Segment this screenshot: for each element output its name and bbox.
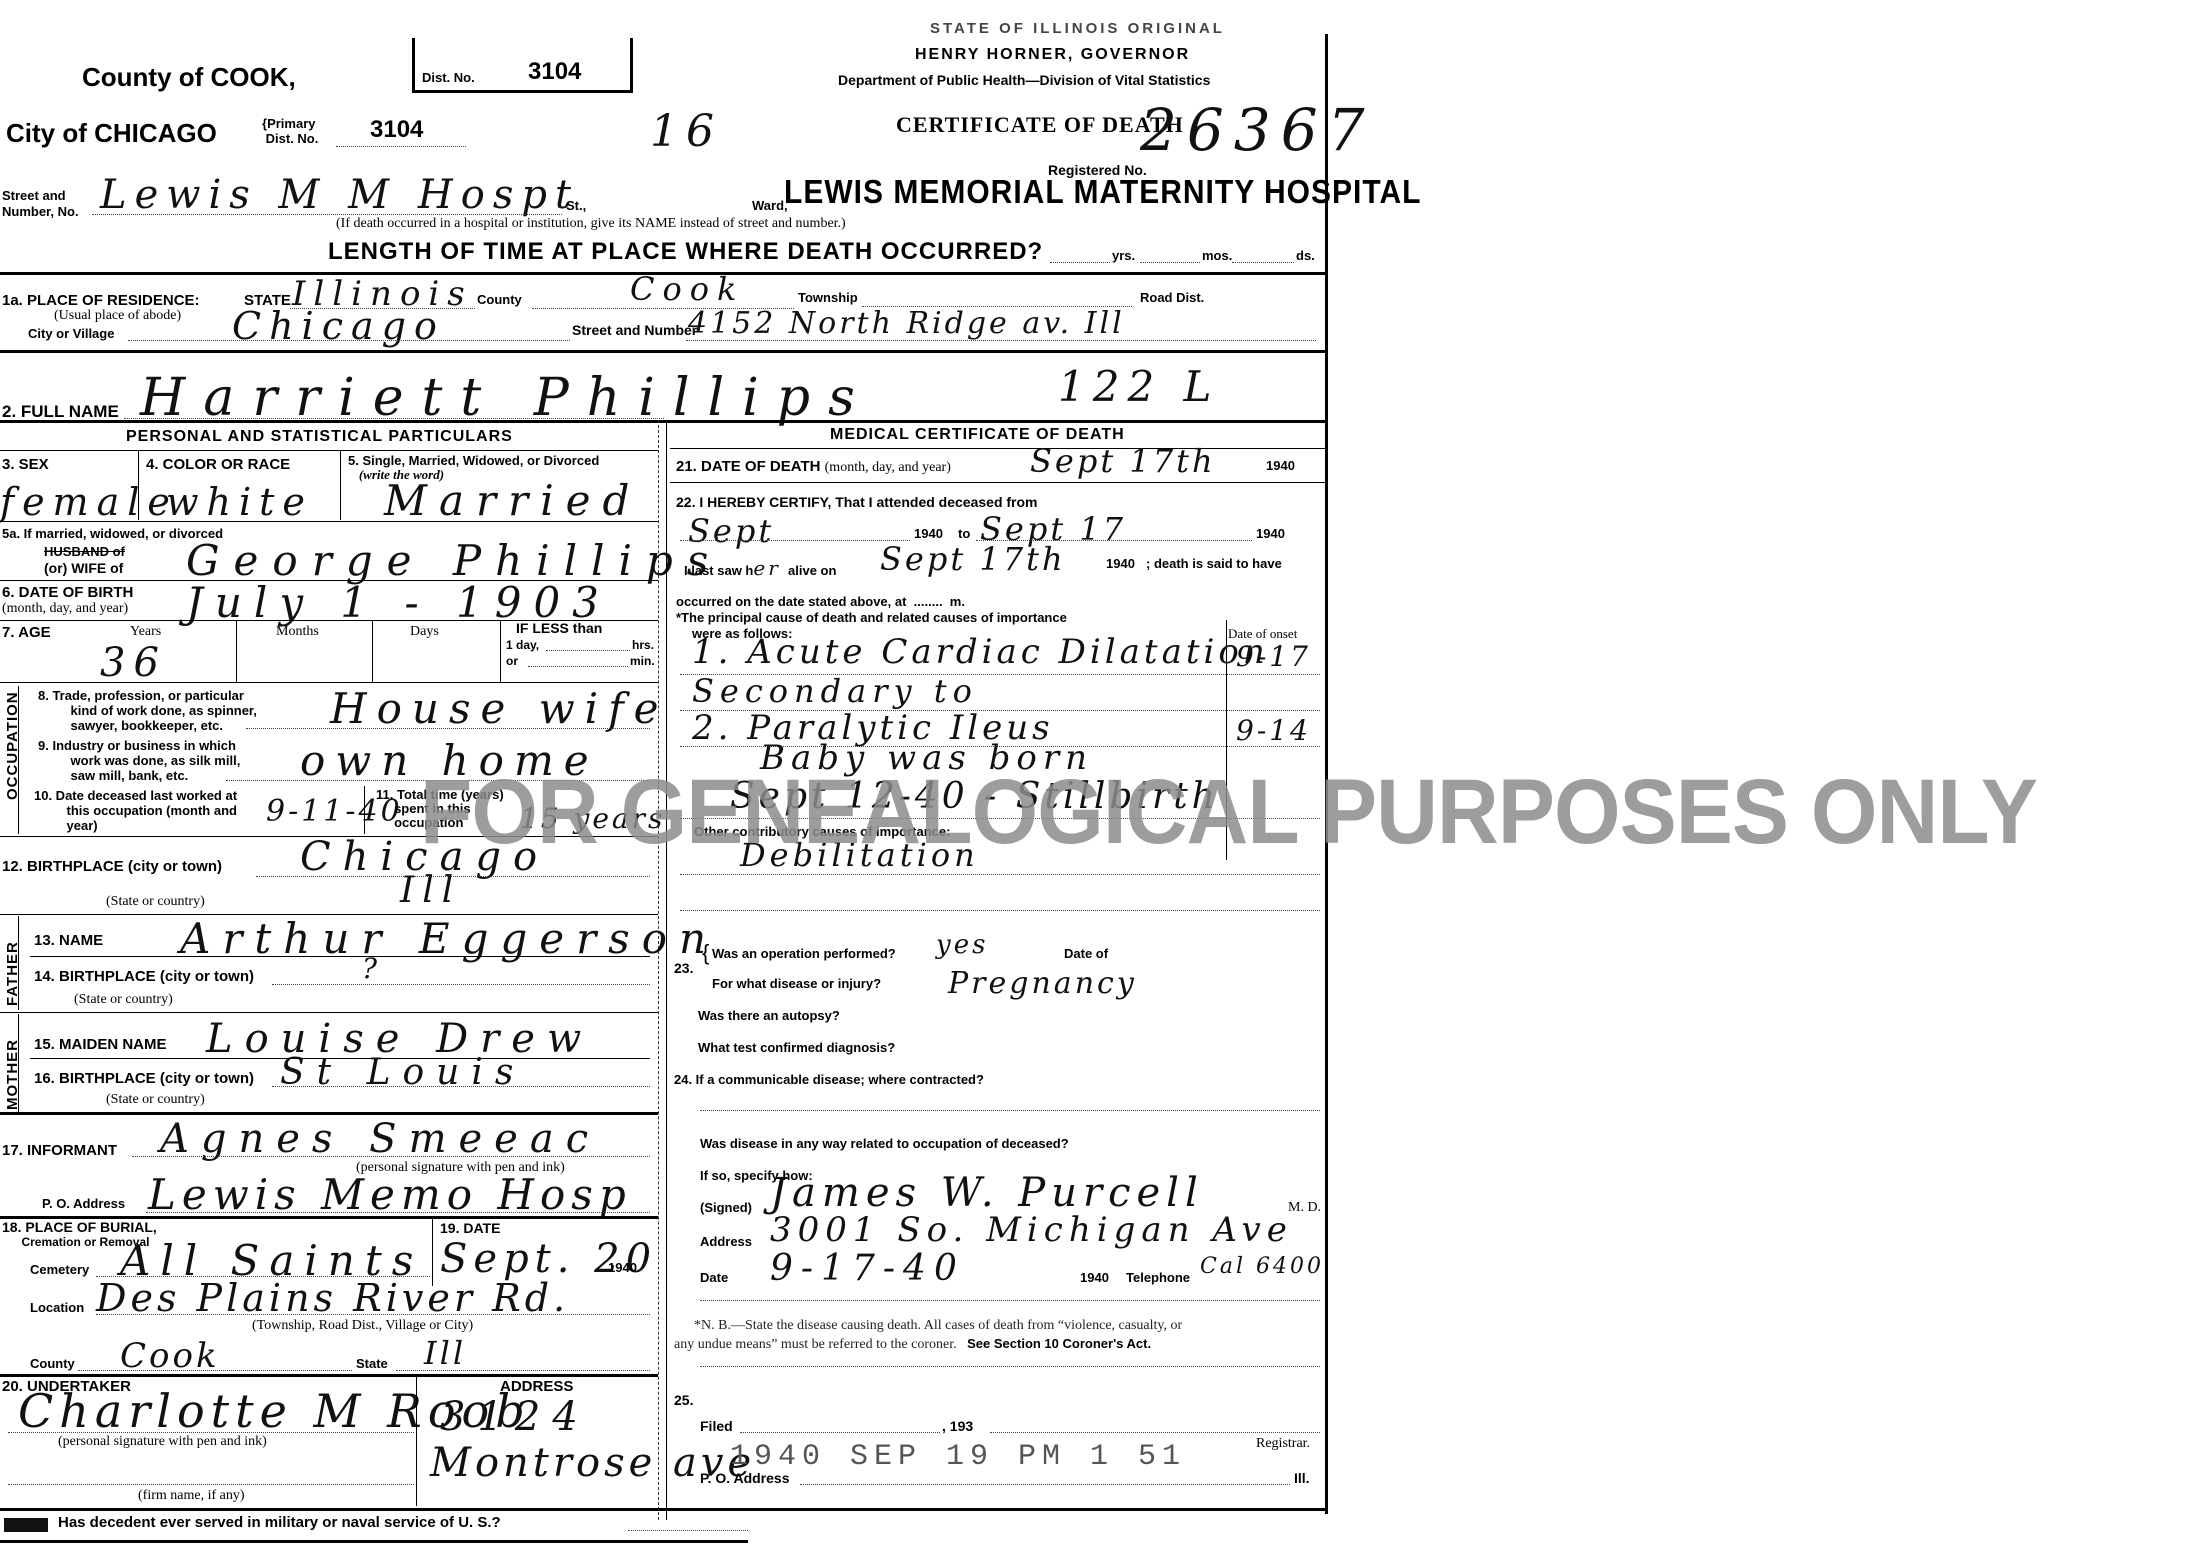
residence-county-value: Cook bbox=[630, 270, 744, 308]
hospital-instruction: (If death occurred in a hospital or inst… bbox=[336, 216, 846, 232]
date-of-death-year: 1940 bbox=[1266, 458, 1295, 473]
physician-address-value: 3001 So. Michigan Ave bbox=[770, 1210, 1293, 1250]
genealogical-watermark: FOR GENEALOGICAL PURPOSES ONLY bbox=[420, 760, 2037, 865]
informant-underline bbox=[132, 1156, 650, 1157]
months-days-divider bbox=[372, 620, 373, 682]
residence-road-dist-label: Road Dist. bbox=[1140, 290, 1204, 305]
days-lessthan-divider bbox=[500, 620, 501, 682]
physician-address-label: Address bbox=[700, 1234, 752, 1249]
hrs-label: hrs. bbox=[632, 638, 654, 652]
last-saw-label: I last saw her alive on bbox=[684, 556, 836, 580]
birthplace-state-label: (State or country) bbox=[106, 894, 205, 910]
center-divider-right bbox=[666, 420, 667, 1520]
undertaker-address-label: ADDRESS bbox=[500, 1378, 573, 1395]
divider-spouse-top bbox=[0, 521, 658, 522]
divider-mother-top bbox=[0, 1012, 658, 1013]
informant-address-underline bbox=[146, 1212, 650, 1213]
attended-from-underline bbox=[680, 540, 910, 541]
state-line: STATE OF ILLINOIS ORIGINAL bbox=[930, 20, 1225, 37]
dist-no-label: Dist. No. bbox=[422, 70, 475, 85]
full-name-underline bbox=[124, 418, 664, 419]
industry-label: 9. Industry or business in which work wa… bbox=[38, 738, 240, 783]
telephone-value: Cal 6400 bbox=[1200, 1254, 1324, 1279]
divider-name-top bbox=[0, 350, 1325, 353]
occupation-side-rule bbox=[18, 686, 19, 834]
primary-dist-label: {Primary Dist. No. bbox=[262, 116, 318, 146]
mother-birthplace-label: 16. BIRTHPLACE (city or town) bbox=[34, 1070, 254, 1087]
location-underline bbox=[96, 1314, 650, 1315]
days-label: Days bbox=[410, 624, 439, 640]
residence-county-label: County bbox=[477, 292, 522, 307]
undertaker-address-line-1: 3124 bbox=[440, 1394, 590, 1440]
father-side-rule bbox=[18, 916, 19, 1010]
city-label: City of CHICAGO bbox=[6, 118, 217, 149]
mother-side-rule bbox=[18, 1014, 19, 1112]
divider-military-top bbox=[0, 1508, 1325, 1511]
hrs-underline bbox=[546, 650, 630, 651]
marital-value: Married bbox=[384, 476, 641, 525]
nb-text-2: any undue means” must be referred to the… bbox=[674, 1336, 1151, 1353]
street-label: Street andNumber, No. bbox=[2, 188, 79, 220]
hospital-stamp: LEWIS MEMORIAL MATERNITY HOSPITAL bbox=[784, 174, 1421, 211]
pointing-hand-icon bbox=[4, 1518, 48, 1532]
filed-underline bbox=[740, 1432, 940, 1433]
trade-label: 8. Trade, profession, or particular kind… bbox=[38, 688, 257, 733]
years-months-divider bbox=[236, 620, 237, 682]
burial-county-label: County bbox=[30, 1356, 75, 1371]
father-state-label: (State or country) bbox=[74, 992, 173, 1008]
informant-address-label: P. O. Address bbox=[42, 1196, 125, 1211]
full-name-label: 2. FULL NAME bbox=[2, 402, 119, 422]
po-address-underline bbox=[800, 1484, 1290, 1485]
ill-label: Ill. bbox=[1294, 1470, 1310, 1486]
disease-label: For what disease or injury? bbox=[712, 976, 881, 991]
day-label: 1 day, bbox=[506, 638, 539, 652]
mother-state-label: (State or country) bbox=[106, 1092, 205, 1108]
telephone-label: Telephone bbox=[1126, 1270, 1190, 1285]
street-value: Lewis M M Hospt bbox=[100, 172, 579, 218]
residence-street-value: 4152 North Ridge av. Ill bbox=[688, 306, 1125, 341]
filed-label: Filed bbox=[700, 1418, 733, 1434]
race-label: 4. COLOR OR RACE bbox=[146, 456, 290, 473]
residence-city-value: Chicago bbox=[232, 304, 445, 348]
burial-state-label: State bbox=[356, 1356, 388, 1371]
mos-label: mos. bbox=[1202, 248, 1232, 263]
governor-line: HENRY HORNER, GOVERNOR bbox=[915, 46, 1190, 64]
principal-cause-label-1: *The principal cause of death and relate… bbox=[676, 610, 1067, 625]
attended-to-year: 1940 bbox=[1256, 526, 1285, 541]
race-marital-divider bbox=[340, 450, 341, 520]
autopsy-label: Was there an autopsy? bbox=[698, 1008, 840, 1023]
ward-label: Ward, bbox=[752, 198, 788, 213]
spouse-label-3: (or) WIFE of bbox=[44, 560, 123, 576]
ds-underline bbox=[1232, 262, 1294, 263]
undertaker-address-divider bbox=[416, 1376, 417, 1506]
divider-occupation-top bbox=[0, 682, 658, 683]
occurred-label: occurred on the date stated above, at ..… bbox=[676, 594, 965, 609]
full-name-value: Harriett Phillips bbox=[140, 368, 873, 428]
yrs-underline bbox=[1050, 262, 1110, 263]
father-name-underline bbox=[30, 956, 650, 957]
ds-label: ds. bbox=[1296, 248, 1315, 263]
personal-title-underline bbox=[0, 450, 658, 451]
registrar-label: Registrar. bbox=[1256, 1436, 1310, 1452]
undertaker-underline bbox=[8, 1432, 414, 1433]
center-divider-left bbox=[658, 420, 659, 1520]
medical-title-underline bbox=[670, 448, 1325, 449]
trade-underline bbox=[246, 728, 650, 729]
location-label: Location bbox=[30, 1300, 84, 1315]
date-of-death-value: Sept 17th bbox=[1030, 442, 1216, 480]
death-certificate: County of COOK, Dist. No. 3104 City of C… bbox=[0, 0, 1345, 1520]
attended-from-value: Sept bbox=[688, 512, 774, 550]
dob-sublabel: (month, day, and year) bbox=[2, 601, 128, 617]
last-worked-divider bbox=[364, 786, 365, 834]
filed-year-label: , 193 bbox=[942, 1418, 973, 1434]
burial-county-underline bbox=[78, 1370, 352, 1371]
military-label: Has decedent ever served in military or … bbox=[58, 1514, 501, 1531]
length-of-time-label: LENGTH OF TIME AT PLACE WHERE DEATH OCCU… bbox=[328, 238, 1043, 266]
burial-state-underline bbox=[396, 1370, 650, 1371]
county-label: County of COOK, bbox=[82, 62, 296, 93]
burial-state-value: Ill bbox=[424, 1334, 466, 1372]
cemetery-label: Cemetery bbox=[30, 1262, 89, 1277]
mother-birthplace-underline bbox=[272, 1086, 650, 1087]
disease-value: Pregnancy bbox=[948, 966, 1137, 1001]
mos-underline bbox=[1140, 262, 1200, 263]
operation-date-label: Date of bbox=[1064, 946, 1108, 961]
physician-date-value: 9-17-40 bbox=[770, 1248, 965, 1289]
spouse-label-2: HUSBAND of bbox=[44, 544, 125, 559]
q23-number: 23. bbox=[674, 960, 693, 976]
md-label: M. D. bbox=[1288, 1200, 1321, 1216]
death-said-label: ; death is said to have bbox=[1146, 556, 1282, 571]
full-name-margin-note: 122 L bbox=[1058, 362, 1219, 411]
date-of-death-underline bbox=[670, 482, 1325, 483]
primary-dist-underline bbox=[336, 146, 466, 147]
registered-number: 26367 bbox=[1140, 96, 1375, 164]
birthplace-label: 12. BIRTHPLACE (city or town) bbox=[2, 858, 222, 875]
attended-from-year: 1940 bbox=[914, 526, 943, 541]
years-value: 36 bbox=[100, 640, 167, 686]
dob-label: 6. DATE OF BIRTH bbox=[2, 584, 133, 601]
personal-section-title: PERSONAL AND STATISTICAL PARTICULARS bbox=[126, 428, 513, 446]
sex-value: female bbox=[0, 480, 178, 524]
filed-stamp: 1940 SEP 19 PM 1 51 bbox=[730, 1440, 1186, 1474]
department-line: Department of Public Health—Division of … bbox=[838, 72, 1210, 88]
burial-date-label: 19. DATE bbox=[440, 1220, 500, 1236]
dist-no-value: 3104 bbox=[528, 58, 581, 86]
signed-label: (Signed) bbox=[700, 1200, 752, 1215]
undertaker-signature-note: (personal signature with pen and ink) bbox=[58, 1434, 267, 1450]
residence-street-label: Street and Number bbox=[572, 322, 697, 338]
father-birthplace-label: 14. BIRTHPLACE (city or town) bbox=[34, 968, 254, 985]
nb-text-1: *N. B.—State the disease causing death. … bbox=[694, 1318, 1182, 1334]
location-note: (Township, Road Dist., Village or City) bbox=[252, 1318, 473, 1334]
q23-brace: { bbox=[702, 940, 709, 966]
po-address-label: P. O. Address bbox=[700, 1470, 789, 1486]
date-of-death-label: 21. DATE OF DEATH (month, day, and year) bbox=[676, 458, 951, 476]
race-value: white bbox=[166, 480, 313, 524]
to-label: to bbox=[958, 526, 970, 541]
last-saw-date: Sept 17th bbox=[880, 540, 1066, 578]
city-underline bbox=[128, 340, 570, 341]
certify-label: 22. I HEREBY CERTIFY, That I attended de… bbox=[676, 494, 1038, 510]
months-label: Months bbox=[276, 624, 319, 640]
margin-note: 16 bbox=[650, 106, 722, 157]
other-cause-underline bbox=[680, 874, 1320, 875]
years-label: Years bbox=[130, 624, 161, 640]
divider-military-bottom bbox=[0, 1540, 748, 1543]
residence-city-label: City or Village bbox=[28, 326, 114, 341]
operation-label: Was an operation performed? bbox=[712, 946, 896, 961]
cause-1b: Secondary to bbox=[692, 672, 978, 710]
cause-1: 1. Acute Cardiac Dilatation bbox=[692, 632, 1269, 672]
military-underline bbox=[628, 1530, 748, 1531]
divider-informant-top bbox=[0, 1112, 658, 1115]
min-label: min. bbox=[630, 654, 655, 668]
residence-sublabel: (Usual place of abode) bbox=[54, 308, 181, 324]
divider-undertaker-top bbox=[0, 1374, 658, 1377]
test-label: What test confirmed diagnosis? bbox=[698, 1040, 895, 1055]
operation-value: yes bbox=[936, 930, 988, 960]
physician-bottom-underline bbox=[700, 1300, 1320, 1301]
min-underline bbox=[528, 666, 628, 667]
firm-underline bbox=[8, 1484, 414, 1485]
st-label: St., bbox=[566, 198, 586, 213]
filed-year-underline bbox=[990, 1432, 1320, 1433]
cause-2-onset: 9-14 bbox=[1236, 714, 1311, 747]
primary-dist-value: 3104 bbox=[370, 116, 423, 144]
last-saw-year: 1940 bbox=[1106, 556, 1135, 571]
residence-street-underline bbox=[686, 340, 1316, 341]
last-worked-label: 10. Date deceased last worked at this oc… bbox=[34, 788, 237, 833]
informant-label: 17. INFORMANT bbox=[2, 1142, 117, 1159]
residence-label: 1a. PLACE OF RESIDENCE: bbox=[2, 292, 200, 309]
undertaker-firm-note: (firm name, if any) bbox=[138, 1488, 245, 1504]
age-label: 7. AGE bbox=[2, 624, 51, 641]
yrs-label: yrs. bbox=[1112, 248, 1135, 263]
burial-date-year: 1940 bbox=[608, 1260, 637, 1275]
father-name-label: 13. NAME bbox=[34, 932, 103, 949]
mother-maiden-label: 15. MAIDEN NAME bbox=[34, 1036, 167, 1053]
communicable-label: 24. If a communicable disease; where con… bbox=[674, 1072, 984, 1087]
divider-personal-top bbox=[0, 420, 1325, 423]
father-birthplace-underline bbox=[272, 984, 650, 985]
or-label: or bbox=[506, 654, 518, 668]
occupation-related-label: Was disease in any way related to occupa… bbox=[700, 1136, 1069, 1151]
trade-value: House wife bbox=[330, 684, 669, 733]
street-underline bbox=[92, 214, 562, 215]
communicable-underline bbox=[700, 1110, 1320, 1111]
birthplace-state-value: Ill bbox=[400, 870, 461, 911]
sex-label: 3. SEX bbox=[2, 456, 49, 473]
physician-date-year: 1940 bbox=[1080, 1270, 1109, 1285]
q25-number: 25. bbox=[674, 1392, 693, 1408]
cause-1-onset: 9-17 bbox=[1236, 640, 1311, 673]
father-birthplace-value: ? bbox=[362, 952, 380, 985]
nb-underline bbox=[700, 1366, 1320, 1367]
physician-date-label: Date bbox=[700, 1270, 728, 1285]
blank-underline-1 bbox=[680, 910, 1320, 911]
if-less-label: IF LESS than bbox=[516, 620, 602, 636]
residence-township-label: Township bbox=[798, 290, 858, 305]
